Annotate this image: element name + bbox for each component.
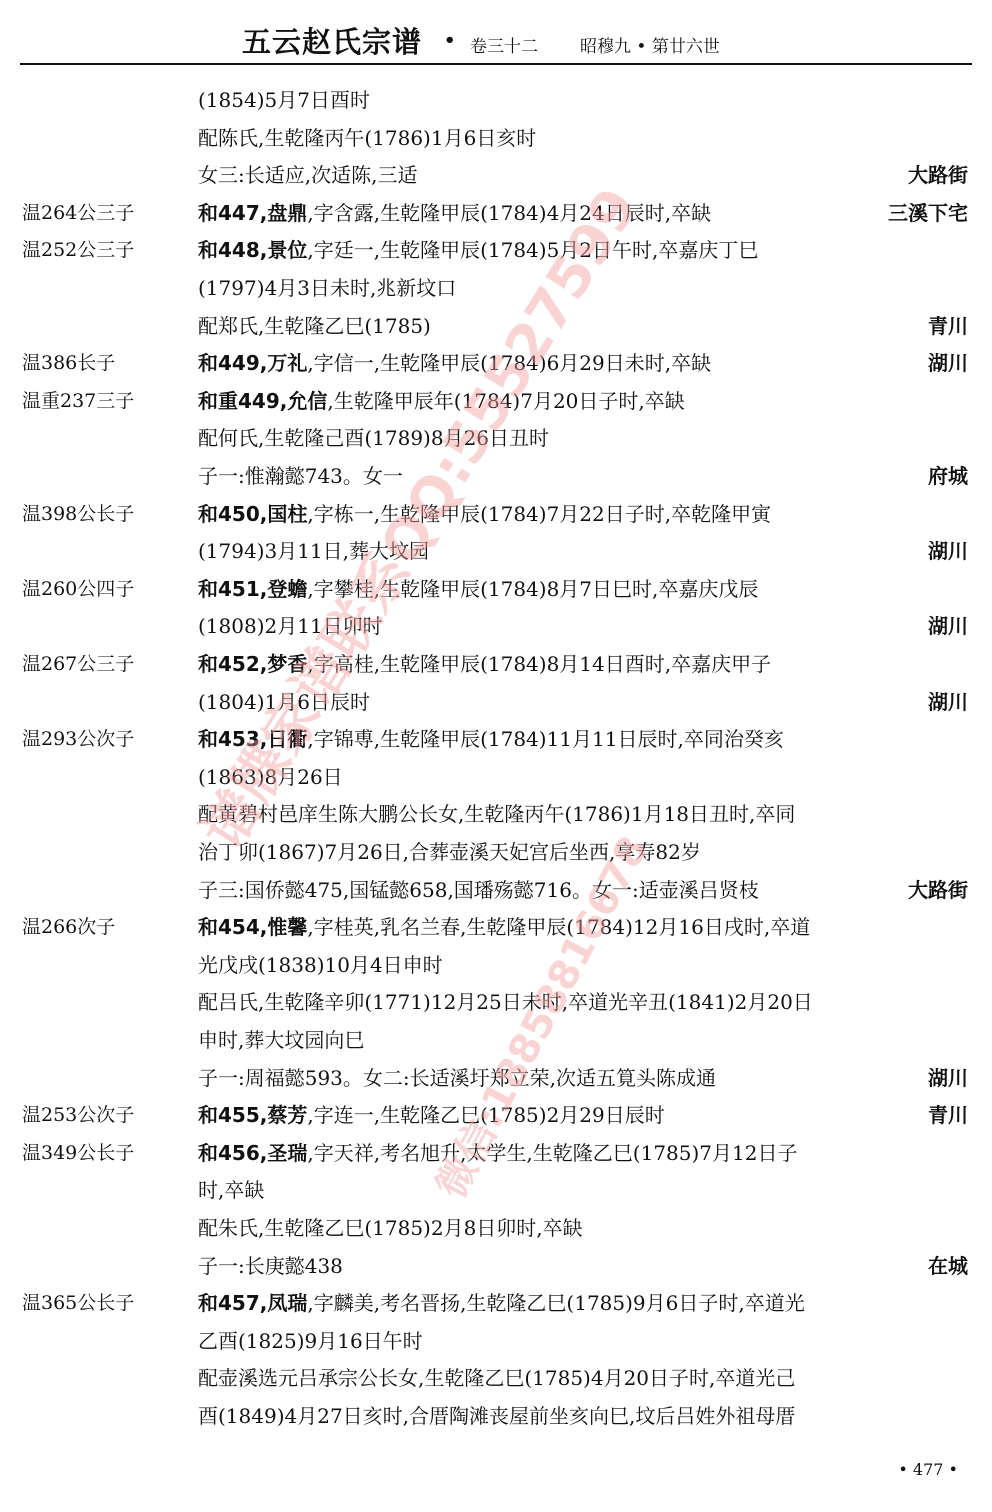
entry-detail: ,字栋一,生乾隆甲辰(1784)7月22日子时,卒乾隆甲寅 xyxy=(307,502,771,526)
father-reference: 温365公长子 xyxy=(22,1285,134,1322)
person-name: 和447,盘鼎 xyxy=(198,201,307,225)
entry-detail: (1797)4月3日未时,兆新坟口 xyxy=(198,276,456,300)
father-reference: 温252公三子 xyxy=(22,232,134,269)
entry-text: 和456,圣瑞,字天祥,考名旭升,太学生,生乾隆乙巳(1785)7月12日子 xyxy=(198,1135,797,1172)
entry-text: 配陈氏,生乾隆丙午(1786)1月6日亥时 xyxy=(198,120,536,157)
entry-text: 和457,凤瑞,字麟美,考名晋扬,生乾隆乙巳(1785)9月6日子时,卒道光 xyxy=(198,1285,805,1322)
entry-line: 温260公四子和451,登蟾,字攀桂,生乾隆甲辰(1784)8月7日巳时,卒嘉庆… xyxy=(0,571,992,608)
entry-line: 温264公三子和447,盘鼎,字含露,生乾隆甲辰(1784)4月24日辰时,卒缺… xyxy=(0,195,992,232)
entry-text: 乙酉(1825)9月16日午时 xyxy=(198,1323,423,1360)
entry-line: (1854)5月7日酉时 xyxy=(0,82,992,119)
entry-line: 配吕氏,生乾隆辛卯(1771)12月25日未时,卒道光辛丑(1841)2月20日 xyxy=(0,984,992,1021)
entry-detail: 配壶溪选元吕承宗公长女,生乾隆乙巳(1785)4月20日子时,卒道光己 xyxy=(198,1366,795,1390)
entry-text: 和454,惟馨,字桂英,乳名兰春,生乾隆甲辰(1784)12月16日戌时,卒道 xyxy=(198,909,810,946)
entry-line: 配郑氏,生乾隆乙巳(1785)青川 xyxy=(0,308,992,345)
entry-detail: 子一:惟瀚懿743。女一 xyxy=(198,464,403,488)
residence-place: 大路街 xyxy=(908,872,968,909)
entry-text: 和447,盘鼎,字含露,生乾隆甲辰(1784)4月24日辰时,卒缺 xyxy=(198,195,711,232)
entry-detail: 子一:周福懿593。女二:长适溪圩郑立荣,次适五筧头陈成通 xyxy=(198,1066,716,1090)
entry-text: 和重449,允信,生乾隆甲辰年(1784)7月20日子时,卒缺 xyxy=(198,383,685,420)
residence-place: 三溪下宅 xyxy=(888,195,968,232)
entry-line: 温252公三子和448,景位,字廷一,生乾隆甲辰(1784)5月2日午时,卒嘉庆… xyxy=(0,232,992,269)
father-reference: 温253公次子 xyxy=(22,1097,134,1134)
father-reference: 温386长子 xyxy=(22,345,115,382)
entry-text: 配郑氏,生乾隆乙巳(1785) xyxy=(198,308,431,345)
person-name: 和457,凤瑞 xyxy=(198,1291,307,1315)
entry-text: 光戊戌(1838)10月4日申时 xyxy=(198,947,443,984)
entry-line: 治丁卯(1867)7月26日,合葬壶溪天妃宫后坐西,享寿82岁 xyxy=(0,834,992,871)
entry-detail: 配何氏,生乾隆己酉(1789)8月26日丑时 xyxy=(198,426,549,450)
entry-line: 配朱氏,生乾隆乙巳(1785)2月8日卯时,卒缺 xyxy=(0,1210,992,1247)
father-reference: 温267公三子 xyxy=(22,646,134,683)
entry-line: 温398公长子和450,国柱,字栋一,生乾隆甲辰(1784)7月22日子时,卒乾… xyxy=(0,496,992,533)
person-name: 和重449,允信 xyxy=(198,389,327,413)
entry-text: 和450,国柱,字栋一,生乾隆甲辰(1784)7月22日子时,卒乾隆甲寅 xyxy=(198,496,771,533)
entry-detail: ,字锦尃,生乾隆甲辰(1784)11月11日辰时,卒同治癸亥 xyxy=(307,727,783,751)
entry-text: 配朱氏,生乾隆乙巳(1785)2月8日卯时,卒缺 xyxy=(198,1210,583,1247)
entry-text: 和455,蔡芳,字连一,生乾隆乙巳(1785)2月29日辰时 xyxy=(198,1097,665,1134)
entry-line: (1804)1月6日辰时湖川 xyxy=(0,684,992,721)
entry-line: 温253公次子和455,蔡芳,字连一,生乾隆乙巳(1785)2月29日辰时青川 xyxy=(0,1097,992,1134)
entry-detail: ,生乾隆甲辰年(1784)7月20日子时,卒缺 xyxy=(327,389,684,413)
entry-text: 女三:长适应,次适陈,三适 xyxy=(198,157,417,194)
entry-text: 和451,登蟾,字攀桂,生乾隆甲辰(1784)8月7日巳时,卒嘉庆戊辰 xyxy=(198,571,758,608)
entry-line: (1863)8月26日 xyxy=(0,759,992,796)
entry-detail: ,字天祥,考名旭升,太学生,生乾隆乙巳(1785)7月12日子 xyxy=(307,1141,797,1165)
person-name: 和448,景位 xyxy=(198,238,307,262)
entry-line: (1808)2月11日卯时湖川 xyxy=(0,608,992,645)
entry-text: 配吕氏,生乾隆辛卯(1771)12月25日未时,卒道光辛丑(1841)2月20日 xyxy=(198,984,813,1021)
person-name: 和450,国柱 xyxy=(198,502,307,526)
entry-text: (1804)1月6日辰时 xyxy=(198,684,370,721)
entry-line: 温重237三子和重449,允信,生乾隆甲辰年(1784)7月20日子时,卒缺 xyxy=(0,383,992,420)
entry-text: 申时,葬大坟园向巳 xyxy=(198,1022,364,1059)
residence-place: 大路街 xyxy=(908,157,968,194)
entry-text: 配黄碧村邑庠生陈大鹏公长女,生乾隆丙午(1786)1月18日丑时,卒同 xyxy=(198,796,795,833)
residence-place: 湖川 xyxy=(928,1060,968,1097)
entry-line: 温267公三子和452,梦香,字高桂,生乾隆甲辰(1784)8月14日酉时,卒嘉… xyxy=(0,646,992,683)
entry-line: (1797)4月3日未时,兆新坟口 xyxy=(0,270,992,307)
entry-detail: 乙酉(1825)9月16日午时 xyxy=(198,1329,423,1353)
entry-detail: 酉(1849)4月27日亥时,合厝陶滩丧屋前坐亥向巳,坟后吕姓外祖母厝 xyxy=(198,1404,795,1428)
person-name: 和449,万礼 xyxy=(198,351,307,375)
father-reference: 温349公长子 xyxy=(22,1135,134,1172)
residence-place: 湖川 xyxy=(928,608,968,645)
entry-line: 配陈氏,生乾隆丙午(1786)1月6日亥时 xyxy=(0,120,992,157)
title-separator: • xyxy=(444,30,456,51)
entry-detail: ,字麟美,考名晋扬,生乾隆乙巳(1785)9月6日子时,卒道光 xyxy=(307,1291,804,1315)
entry-text: 和449,万礼,字信一,生乾隆甲辰(1784)6月29日未时,卒缺 xyxy=(198,345,711,382)
entry-line: 光戊戌(1838)10月4日申时 xyxy=(0,947,992,984)
entry-text: 时,卒缺 xyxy=(198,1172,264,1209)
entry-detail: (1854)5月7日酉时 xyxy=(198,88,370,112)
person-name: 和454,惟馨 xyxy=(198,915,307,939)
entry-text: (1808)2月11日卯时 xyxy=(198,608,383,645)
entry-text: 子一:惟瀚懿743。女一 xyxy=(198,458,403,495)
volume-label: 卷三十二 xyxy=(470,32,538,57)
entry-detail: 配郑氏,生乾隆乙巳(1785) xyxy=(198,314,431,338)
entry-line: 子一:惟瀚懿743。女一府城 xyxy=(0,458,992,495)
entry-text: 配壶溪选元吕承宗公长女,生乾隆乙巳(1785)4月20日子时,卒道光己 xyxy=(198,1360,795,1397)
entry-text: 酉(1849)4月27日亥时,合厝陶滩丧屋前坐亥向巳,坟后吕姓外祖母厝 xyxy=(198,1398,795,1435)
residence-place: 湖川 xyxy=(928,684,968,721)
entry-text: (1863)8月26日 xyxy=(198,759,343,796)
entry-detail: ,字攀桂,生乾隆甲辰(1784)8月7日巳时,卒嘉庆戊辰 xyxy=(307,577,758,601)
father-reference: 温260公四子 xyxy=(22,571,134,608)
person-name: 和455,蔡芳 xyxy=(198,1103,307,1127)
entry-detail: 配黄碧村邑庠生陈大鹏公长女,生乾隆丙午(1786)1月18日丑时,卒同 xyxy=(198,802,795,826)
residence-place: 湖川 xyxy=(928,533,968,570)
page-number: • 477 • xyxy=(898,1460,958,1479)
entry-line: 乙酉(1825)9月16日午时 xyxy=(0,1323,992,1360)
entry-line: 时,卒缺 xyxy=(0,1172,992,1209)
father-reference: 温264公三子 xyxy=(22,195,134,232)
entry-text: 和452,梦香,字高桂,生乾隆甲辰(1784)8月14日酉时,卒嘉庆甲子 xyxy=(198,646,771,683)
entry-detail: 配陈氏,生乾隆丙午(1786)1月6日亥时 xyxy=(198,126,536,150)
father-reference: 温293公次子 xyxy=(22,721,134,758)
entry-detail: 治丁卯(1867)7月26日,合葬壶溪天妃宫后坐西,享寿82岁 xyxy=(198,840,701,864)
person-name: 和453,日衢 xyxy=(198,727,307,751)
person-name: 和451,登蟾 xyxy=(198,577,307,601)
entry-line: 子三:国侨懿475,国锰懿658,国璠殇懿716。女一:适壶溪吕贤枝大路街 xyxy=(0,872,992,909)
header-rule xyxy=(20,63,972,65)
entry-detail: (1863)8月26日 xyxy=(198,765,343,789)
person-name: 和456,圣瑞 xyxy=(198,1141,307,1165)
entry-line: 女三:长适应,次适陈,三适大路街 xyxy=(0,157,992,194)
entry-detail: 子三:国侨懿475,国锰懿658,国璠殇懿716。女一:适壶溪吕贤枝 xyxy=(198,878,759,902)
entry-text: 子三:国侨懿475,国锰懿658,国璠殇懿716。女一:适壶溪吕贤枝 xyxy=(198,872,759,909)
residence-place: 青川 xyxy=(928,1097,968,1134)
entry-text: (1797)4月3日未时,兆新坟口 xyxy=(198,270,456,307)
entry-detail: 女三:长适应,次适陈,三适 xyxy=(198,163,417,187)
person-name: 和452,梦香 xyxy=(198,652,307,676)
entry-detail: 配朱氏,生乾隆乙巳(1785)2月8日卯时,卒缺 xyxy=(198,1216,583,1240)
entry-text: (1854)5月7日酉时 xyxy=(198,82,370,119)
entry-line: 子一:周福懿593。女二:长适溪圩郑立荣,次适五筧头陈成通湖川 xyxy=(0,1060,992,1097)
entry-line: 温365公长子和457,凤瑞,字麟美,考名晋扬,生乾隆乙巳(1785)9月6日子… xyxy=(0,1285,992,1322)
entry-detail: ,字高桂,生乾隆甲辰(1784)8月14日酉时,卒嘉庆甲子 xyxy=(307,652,771,676)
entry-detail: ,字信一,生乾隆甲辰(1784)6月29日未时,卒缺 xyxy=(307,351,711,375)
entry-detail: 时,卒缺 xyxy=(198,1178,264,1202)
residence-place: 青川 xyxy=(928,308,968,345)
entry-line: 子一:长庚懿438在城 xyxy=(0,1248,992,1285)
entry-text: 子一:长庚懿438 xyxy=(198,1248,343,1285)
entry-detail: ,字含露,生乾隆甲辰(1784)4月24日辰时,卒缺 xyxy=(307,201,711,225)
book-title: 五云赵氏宗谱 xyxy=(242,20,422,61)
entry-text: (1794)3月11日,葬大坟园 xyxy=(198,533,429,570)
entry-text: 配何氏,生乾隆己酉(1789)8月26日丑时 xyxy=(198,420,549,457)
entry-line: 配壶溪选元吕承宗公长女,生乾隆乙巳(1785)4月20日子时,卒道光己 xyxy=(0,1360,992,1397)
entry-detail: 子一:长庚懿438 xyxy=(198,1254,343,1278)
entry-line: 酉(1849)4月27日亥时,合厝陶滩丧屋前坐亥向巳,坟后吕姓外祖母厝 xyxy=(0,1398,992,1435)
father-reference: 温266次子 xyxy=(22,909,115,946)
entry-line: 温293公次子和453,日衢,字锦尃,生乾隆甲辰(1784)11月11日辰时,卒… xyxy=(0,721,992,758)
entry-detail: ,字连一,生乾隆乙巳(1785)2月29日辰时 xyxy=(307,1103,664,1127)
entry-detail: ,字桂英,乳名兰春,生乾隆甲辰(1784)12月16日戌时,卒道 xyxy=(307,915,810,939)
entry-detail: (1804)1月6日辰时 xyxy=(198,690,370,714)
entry-detail: ,字廷一,生乾隆甲辰(1784)5月2日午时,卒嘉庆丁巳 xyxy=(307,238,758,262)
entry-text: 治丁卯(1867)7月26日,合葬壶溪天妃宫后坐西,享寿82岁 xyxy=(198,834,701,871)
entry-line: (1794)3月11日,葬大坟园湖川 xyxy=(0,533,992,570)
entry-line: 配黄碧村邑庠生陈大鹏公长女,生乾隆丙午(1786)1月18日丑时,卒同 xyxy=(0,796,992,833)
entry-detail: (1808)2月11日卯时 xyxy=(198,614,383,638)
entry-text: 和453,日衢,字锦尃,生乾隆甲辰(1784)11月11日辰时,卒同治癸亥 xyxy=(198,721,784,758)
father-reference: 温398公长子 xyxy=(22,496,134,533)
generation-label: 昭穆九 • 第廿六世 xyxy=(580,32,720,57)
entry-detail: 配吕氏,生乾隆辛卯(1771)12月25日未时,卒道光辛丑(1841)2月20日 xyxy=(198,990,813,1014)
entry-detail: 申时,葬大坟园向巳 xyxy=(198,1028,364,1052)
residence-place: 在城 xyxy=(928,1248,968,1285)
entry-line: 温349公长子和456,圣瑞,字天祥,考名旭升,太学生,生乾隆乙巳(1785)7… xyxy=(0,1135,992,1172)
entry-text: 和448,景位,字廷一,生乾隆甲辰(1784)5月2日午时,卒嘉庆丁巳 xyxy=(198,232,758,269)
father-reference: 温重237三子 xyxy=(22,383,134,420)
entry-detail: 光戊戌(1838)10月4日申时 xyxy=(198,953,443,977)
entry-detail: (1794)3月11日,葬大坟园 xyxy=(198,539,429,563)
entry-line: 温266次子和454,惟馨,字桂英,乳名兰春,生乾隆甲辰(1784)12月16日… xyxy=(0,909,992,946)
entry-text: 子一:周福懿593。女二:长适溪圩郑立荣,次适五筧头陈成通 xyxy=(198,1060,716,1097)
entry-line: 配何氏,生乾隆己酉(1789)8月26日丑时 xyxy=(0,420,992,457)
residence-place: 府城 xyxy=(928,458,968,495)
entry-line: 温386长子和449,万礼,字信一,生乾隆甲辰(1784)6月29日未时,卒缺湖… xyxy=(0,345,992,382)
entry-line: 申时,葬大坟园向巳 xyxy=(0,1022,992,1059)
page-header: 五云赵氏宗谱 • 卷三十二 昭穆九 • 第廿六世 xyxy=(0,18,992,62)
residence-place: 湖川 xyxy=(928,345,968,382)
